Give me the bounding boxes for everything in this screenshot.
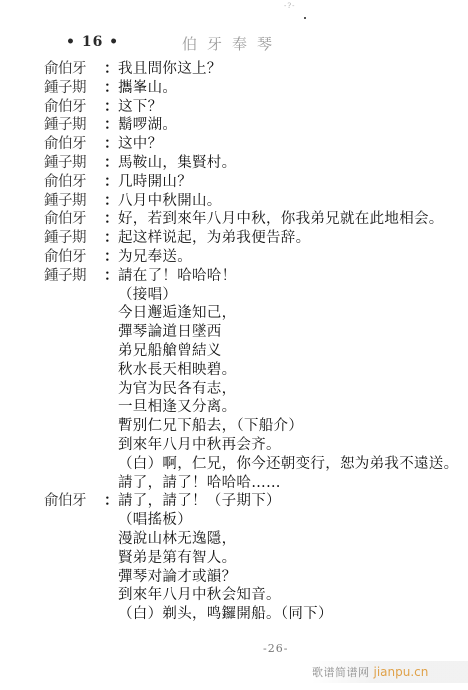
speaker-colon: ： xyxy=(104,116,118,135)
speaker-name: 鍾子期 xyxy=(44,79,104,98)
script-line: 俞伯牙：好，若到來年八月中秋，你我弟兄就在此地相会。 xyxy=(44,210,464,229)
speaker-name: 俞伯牙 xyxy=(44,492,104,511)
running-title: 伯牙奉琴 xyxy=(182,33,282,54)
watermark-cn: 歌谱简谱网 xyxy=(312,664,370,680)
script-line: 暫别仁兄下船去，（下船介） xyxy=(44,417,464,436)
speaker-colon: ： xyxy=(104,229,118,248)
speech-text: 这下？ xyxy=(118,98,162,117)
speaker-colon: ： xyxy=(104,248,118,267)
script-line: （白）剃头，鸣鑼開船。（同下） xyxy=(44,605,464,624)
speaker-name: 俞伯牙 xyxy=(44,135,104,154)
speech-text: 这中？ xyxy=(118,135,162,154)
speaker-colon: ： xyxy=(104,192,118,211)
script-line: （白）啊，仁兄，你今还朝变行，恕为弟我不遠送。 xyxy=(44,455,464,474)
script-line: 一旦相逢又分离。 xyxy=(44,398,464,417)
script-line: 弟兄船艙曾結义 xyxy=(44,342,464,361)
speaker-name: 俞伯牙 xyxy=(44,173,104,192)
script-line: （接唱） xyxy=(44,286,464,305)
speaker-colon: ： xyxy=(104,60,118,79)
script-line: 俞伯牙：請了，請了！（子期下） xyxy=(44,492,464,511)
script-line: 今日邂逅逢知己， xyxy=(44,304,464,323)
speaker-name: 俞伯牙 xyxy=(44,60,104,79)
speaker-name: 鍾子期 xyxy=(44,267,104,286)
speech-text: 为官为民各有志， xyxy=(118,380,236,399)
speech-text: 到來年八月中秋再会齐。 xyxy=(118,436,281,455)
script-line: 为官为民各有志， xyxy=(44,380,464,399)
script-line: 俞伯牙：这下？ xyxy=(44,98,464,117)
script-line: 漫說山林无逸隱， xyxy=(44,530,464,549)
speaker-name: 俞伯牙 xyxy=(44,248,104,267)
speech-text: （接唱） xyxy=(118,286,177,305)
script-line: 鍾子期：攜峯山。 xyxy=(44,79,464,98)
speech-text: 鬍啰湖。 xyxy=(118,116,177,135)
footer-page-number: -26- xyxy=(263,642,288,655)
speech-text: 我且問你这上？ xyxy=(118,60,222,79)
speech-text: 賢弟是第有智人。 xyxy=(118,549,236,568)
speaker-colon: ： xyxy=(104,267,118,286)
script-line: 到來年八月中秋再会齐。 xyxy=(44,436,464,455)
script-line: 俞伯牙：这中？ xyxy=(44,135,464,154)
speaker-colon: ： xyxy=(104,154,118,173)
script-line: 到來年八月中秋会知音。 xyxy=(44,586,464,605)
script-line: （唱搖板） xyxy=(44,511,464,530)
script-line: 鍾子期：八月中秋開山。 xyxy=(44,192,464,211)
script-line: 俞伯牙：我且問你这上？ xyxy=(44,60,464,79)
speech-text: 八月中秋開山。 xyxy=(118,192,222,211)
page-number: • 16 • xyxy=(66,34,119,50)
speech-text: （白）剃头，鸣鑼開船。（同下） xyxy=(118,605,333,624)
watermark-en: jianpu.cn xyxy=(374,665,429,679)
script-line: 賢弟是第有智人。 xyxy=(44,549,464,568)
speech-text: 漫說山林无逸隱， xyxy=(118,530,236,549)
speech-text: 弟兄船艙曾結义 xyxy=(118,342,222,361)
speaker-name: 鍾子期 xyxy=(44,116,104,135)
speaker-name: 俞伯牙 xyxy=(44,98,104,117)
script-line: 俞伯牙：几時開山？ xyxy=(44,173,464,192)
script-line: 俞伯牙：为兄奉送。 xyxy=(44,248,464,267)
speech-text: 秋水長天相映碧。 xyxy=(118,361,236,380)
speech-text: 暫别仁兄下船去，（下船介） xyxy=(118,417,303,436)
speech-text: 請了，請了！哈哈哈…… xyxy=(118,474,281,493)
speaker-name: 鍾子期 xyxy=(44,229,104,248)
watermark: 歌谱简谱网 jianpu.cn xyxy=(312,661,468,683)
script-line: 鍾子期：請在了！哈哈哈！ xyxy=(44,267,464,286)
speaker-colon: ： xyxy=(104,79,118,98)
dot-mark xyxy=(304,17,306,19)
script-line: 彈琴論道日墜西 xyxy=(44,323,464,342)
speech-text: 彈琴对論才或韻？ xyxy=(118,568,236,587)
speech-text: （白）啊，仁兄，你今还朝变行，恕为弟我不遠送。 xyxy=(118,455,458,474)
speaker-colon: ： xyxy=(104,210,118,229)
script-line: 秋水長天相映碧。 xyxy=(44,361,464,380)
speech-text: 起这样说起，为弟我便告辞。 xyxy=(118,229,310,248)
speech-text: 到來年八月中秋会知音。 xyxy=(118,586,281,605)
script-line: 鍾子期：起这样说起，为弟我便告辞。 xyxy=(44,229,464,248)
speaker-colon: ： xyxy=(104,135,118,154)
speech-text: 馬鞍山，集賢村。 xyxy=(118,154,236,173)
speech-text: 好，若到來年八月中秋，你我弟兄就在此地相会。 xyxy=(118,210,444,229)
speaker-colon: ： xyxy=(104,173,118,192)
speaker-colon: ： xyxy=(104,98,118,117)
speech-text: 为兄奉送。 xyxy=(118,248,192,267)
speech-text: （唱搖板） xyxy=(118,511,192,530)
speech-text: 請在了！哈哈哈！ xyxy=(118,267,236,286)
document-page: -?- • 16 • 伯牙奉琴 俞伯牙：我且問你这上？鍾子期：攜峯山。俞伯牙：这… xyxy=(0,0,468,690)
speaker-name: 鍾子期 xyxy=(44,154,104,173)
script-line: 鍾子期：鬍啰湖。 xyxy=(44,116,464,135)
top-mark: -?- xyxy=(284,2,295,10)
script-line: 請了，請了！哈哈哈…… xyxy=(44,474,464,493)
speaker-colon: ： xyxy=(104,492,118,511)
speech-text: 攜峯山。 xyxy=(118,79,177,98)
speech-text: 彈琴論道日墜西 xyxy=(118,323,222,342)
script-line: 鍾子期：馬鞍山，集賢村。 xyxy=(44,154,464,173)
speech-text: 今日邂逅逢知己， xyxy=(118,304,236,323)
script-body: 俞伯牙：我且問你这上？鍾子期：攜峯山。俞伯牙：这下？鍾子期：鬍啰湖。俞伯牙：这中… xyxy=(44,60,464,624)
speech-text: 請了，請了！（子期下） xyxy=(118,492,281,511)
speech-text: 一旦相逢又分离。 xyxy=(118,398,236,417)
speaker-name: 俞伯牙 xyxy=(44,210,104,229)
speech-text: 几時開山？ xyxy=(118,173,192,192)
speaker-name: 鍾子期 xyxy=(44,192,104,211)
script-line: 彈琴对論才或韻？ xyxy=(44,568,464,587)
